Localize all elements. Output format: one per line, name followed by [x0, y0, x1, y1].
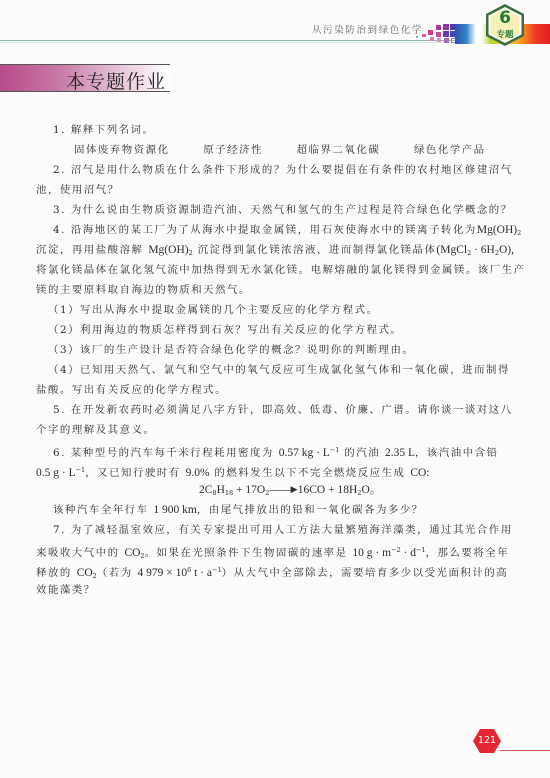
- question-5-line-1: 5. 在开发新农药时必须满足八字方针，即高效、低毒、价廉、广谱。请你谈一谈对这八: [53, 403, 513, 417]
- question-2-line-2: 池，使用沼气？: [36, 183, 120, 197]
- question-6-line-2: 0.5 g · L−1，又已知行驶时有 9.0% 的燃料发生以下不完全燃烧反应生…: [36, 463, 430, 480]
- term-item: 超临界二氧化碳: [297, 144, 381, 156]
- question-1-prompt: 1. 解释下列名词。: [53, 123, 154, 137]
- question-1-terms: 固体废弃物资源化 原子经济性 超临界二氧化碳 绿色化学产品: [74, 143, 486, 157]
- chapter-title: 从污染防治到绿色化学: [312, 22, 423, 36]
- page-header: 从污染防治到绿色化学 6 专题: [0, 0, 550, 50]
- question-4-sub-4-line-1: （4）已知用天然气、氯气和空气中的氧气反应可生成氯化氢气体和一氧化碳，进而制得: [48, 363, 510, 377]
- question-4-line-2: 沉淀，再用盐酸溶解 Mg(OH)2 沉淀得到氯化镁浓溶液，进而制得氯化镁晶体(M…: [36, 243, 514, 260]
- question-4-line-3: 将氯化镁晶体在氯化氢气流中加热得到无水氯化镁。电解熔融的氯化镁得到金属镁。该厂生…: [36, 263, 526, 277]
- chapter-label: 专题: [483, 28, 527, 40]
- question-2-line-1: 2. 沼气是用什么物质在什么条件下形成的？为什么要提倡在有条件的农村地区修建沼气: [53, 163, 513, 177]
- question-5-line-2: 个字的理解及其意义。: [36, 423, 155, 437]
- chemical-equation: 2C8H18 + 17O2——►16CO + 18H2O。: [199, 483, 381, 500]
- header-rule: [0, 40, 470, 41]
- question-4-line-4: 镁的主要原料取自海边的物质和天然气。: [36, 283, 251, 297]
- chapter-number: 6: [483, 8, 527, 28]
- question-6-line-3: 该种汽车全年行车 1 900 km，由尾气排放出的铅和一氧化碳各为多少？: [53, 503, 424, 517]
- reaction-arrow-icon: ——►: [269, 484, 297, 496]
- page-number: 121: [472, 735, 502, 746]
- question-7-line-1: 7. 为了减轻温室效应，有关专家提出可用人工方法大量繁殖海洋藻类，通过其光合作用: [53, 523, 513, 537]
- question-4-sub-2: （2）利用海边的物质怎样得到石灰？写出有关反应的化学方程式。: [48, 323, 402, 337]
- question-3-line-1: 3. 为什么说由生物质资源制造汽油、天然气和氢气的生产过程是符合绿色化学概念的？: [53, 203, 513, 217]
- section-banner: 本专题作业: [0, 64, 170, 92]
- term-item: 原子经济性: [203, 144, 263, 156]
- question-7-line-2: 来吸收大气中的 CO2。如果在光照条件下生物固碳的速率是 10 g · m−2 …: [36, 543, 509, 563]
- question-4-line-1: 4. 沿海地区的某工厂为了从海水中提取金属镁，用石灰使海水中的镁离子转化为Mg(…: [53, 223, 521, 240]
- term-item: 绿色化学产品: [414, 144, 486, 156]
- question-7-line-3: 释放的 CO2（若为 4 979 × 106 t · a−1）从大气中全部除去，…: [36, 563, 508, 583]
- chapter-badge: 6 专题: [483, 3, 527, 47]
- section-title: 本专题作业: [66, 67, 166, 94]
- header-rule-secondary: [0, 42, 470, 43]
- question-6-line-1: 6. 某种型号的汽车每千米行程耗用密度为 0.57 kg · L−1 的汽油 2…: [53, 443, 499, 460]
- question-4-sub-4-line-2: 盐酸。写出有关反应的化学方程式。: [36, 383, 227, 397]
- term-item: 固体废弃物资源化: [74, 144, 170, 156]
- footer-rule: [500, 750, 550, 751]
- question-4-sub-3: （3）该厂的生产设计是否符合绿色化学的概念？说明你的判断理由。: [48, 343, 414, 357]
- question-7-line-4: 效能藻类？: [36, 583, 96, 597]
- page-number-badge: 121: [472, 728, 502, 754]
- question-4-sub-1: （1）写出从海水中提取金属镁的几个主要反应的化学方程式。: [48, 303, 379, 317]
